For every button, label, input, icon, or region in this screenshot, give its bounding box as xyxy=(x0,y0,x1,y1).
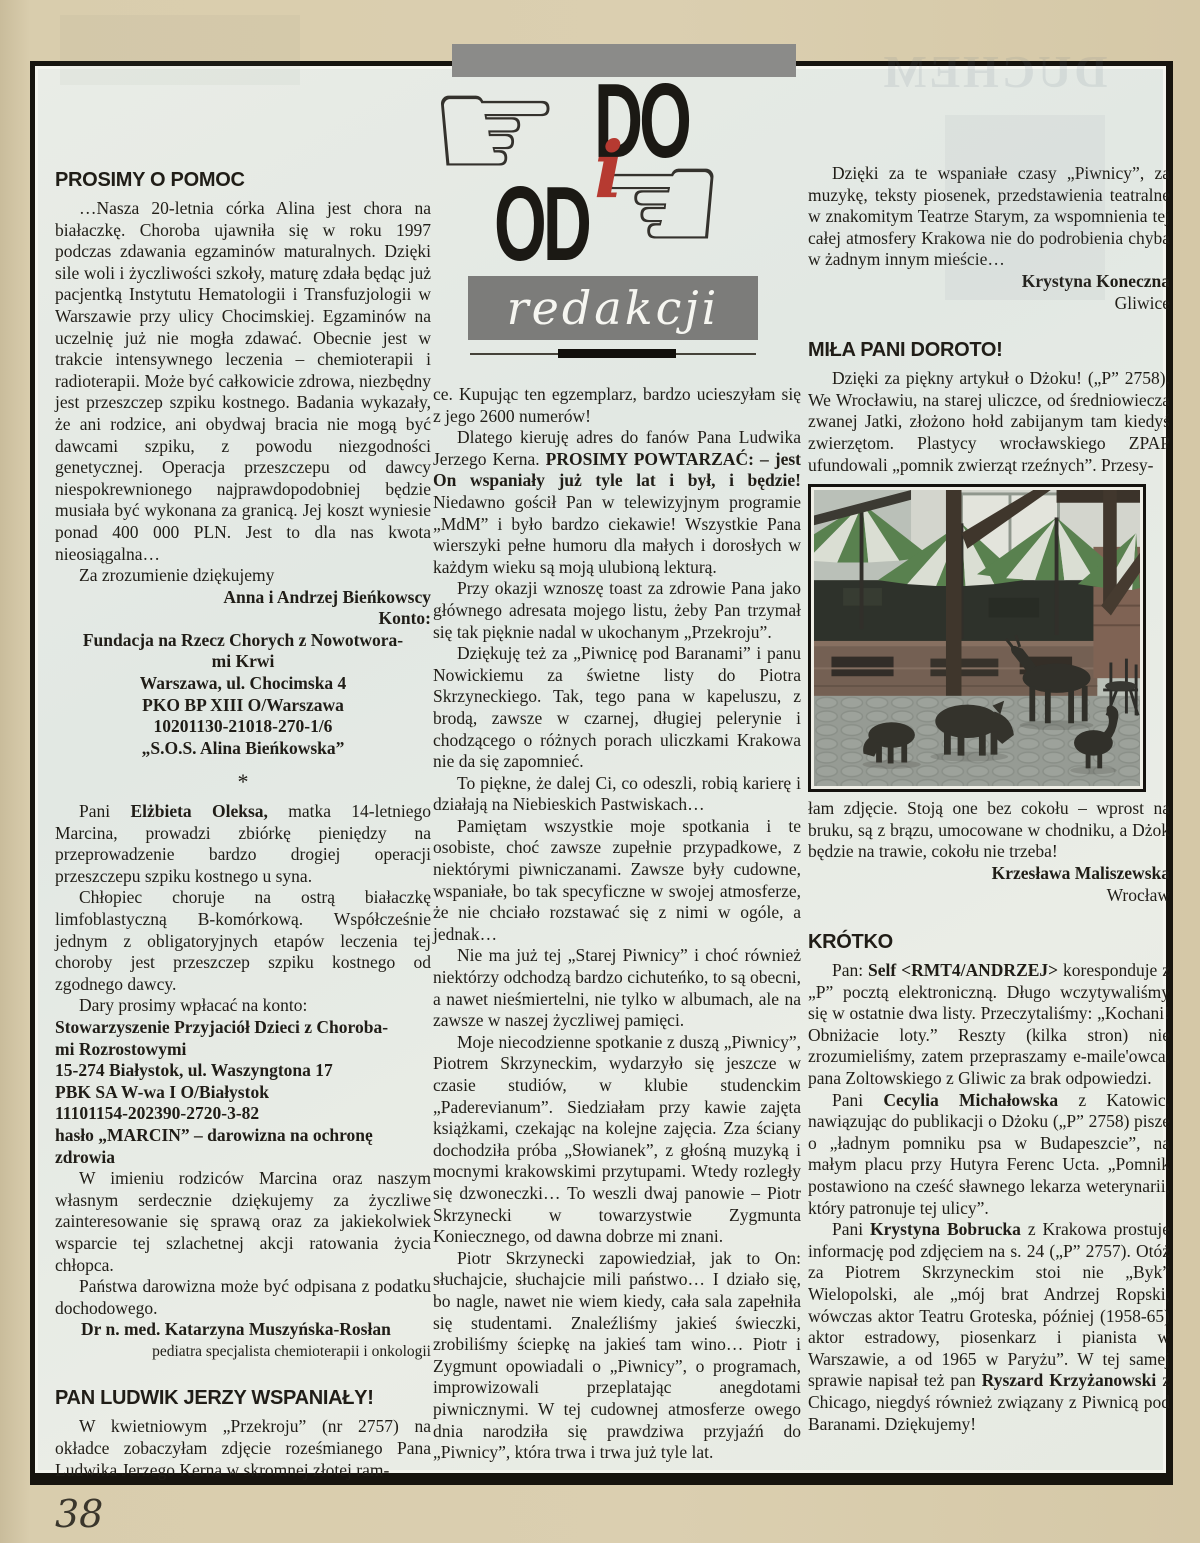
paragraph: W kwietniowym „Przekroju” (nr 2757) na o… xyxy=(55,1416,431,1481)
section-heading-prosimy-o-pomoc: PROSIMY O POMOC xyxy=(55,169,431,191)
paragraph: …Nasza 20-letnia córka Alina jest chora … xyxy=(55,198,431,565)
column-left: PROSIMY O POMOC …Nasza 20-letnia córka A… xyxy=(55,169,431,1481)
paragraph: Dzięki za piękny artykuł o Dżoku! („P” 2… xyxy=(808,368,1170,476)
column-right: Dzięki za te wspaniałe czasy „Piwnicy”, … xyxy=(808,163,1170,1435)
paragraph: Pani Krystyna Bobrucka z Krakowa prostuj… xyxy=(808,1219,1170,1435)
section-heading-krotko: KRÓTKO xyxy=(808,931,1170,953)
signature-koneczna: Krystyna Koneczna xyxy=(808,271,1170,293)
donation-account-stowarzyszenie: Stowarzyszenie Przyjaciół Dzieci z Choro… xyxy=(55,1017,431,1168)
paragraph: Piotr Skrzynecki zapowiedział, jak to On… xyxy=(433,1248,801,1464)
page-number: 38 xyxy=(55,1492,103,1536)
signature-bienkowscy: Anna i Andrzej Bieńkowscy Konto: xyxy=(55,587,431,630)
paragraph: Pamiętam wszystkie moje spotkania i te o… xyxy=(433,816,801,946)
paragraph: Moje niecodzienne spotkanie z duszą „Piw… xyxy=(433,1032,801,1248)
paragraph: Nie ma już tej „Starej Piwnicy” i choć r… xyxy=(433,945,801,1031)
asterisk-separator: * xyxy=(55,771,431,793)
signature-doctor: Dr n. med. Katarzyna Muszyńska-Rosłan xyxy=(55,1319,431,1341)
paragraph: ce. Kupując ten egzemplarz, bardzo ucies… xyxy=(433,384,801,427)
paragraph: Przy okazji wznoszę toast za zdrowie Pan… xyxy=(433,578,801,643)
paragraph: W imieniu rodziców Marcina oraz naszym w… xyxy=(55,1168,431,1276)
section-heading-pan-ludwik: PAN LUDWIK JERZY WSPANIAŁY! xyxy=(55,1387,431,1409)
donation-account-fundacja: Fundacja na Rzecz Chorych z Nowotwora- m… xyxy=(55,630,431,760)
paragraph: To piękne, że dalej Ci, co odeszli, robi… xyxy=(433,773,801,816)
paragraph: Chłopiec choruje na ostrą białaczkę limf… xyxy=(55,887,431,995)
photo-animal-monument xyxy=(808,484,1146,792)
photo-illustration xyxy=(814,490,1140,786)
signature-maliszewska: Krzesława Maliszewska xyxy=(808,863,1170,885)
masthead-word-od: OD xyxy=(494,183,588,266)
paragraph: łam zdjęcie. Stoją one bez cokołu – wpro… xyxy=(808,798,1170,863)
paragraph: Dlatego kieruję adres do fanów Pana Ludw… xyxy=(433,427,801,578)
paragraph: Dary prosimy wpłacać na konto: xyxy=(55,995,431,1017)
paragraph: Pani Elżbieta Oleksa, matka 14-letniego … xyxy=(55,801,431,887)
masthead-divider-thick-segment xyxy=(558,349,676,358)
scanned-magazine-page: { "page_number": "38", "masthead": { "wo… xyxy=(0,0,1200,1543)
paragraph: Dziękuję też za „Piwnicę pod Baranami” i… xyxy=(433,643,801,773)
signature-doctor-title: pediatra specjalista chemioterapii i onk… xyxy=(55,1341,431,1363)
signature-city-wroclaw: Wrocław xyxy=(808,885,1170,907)
paragraph: Pan: Self <RMT4/ANDRZEJ> koresponduje z … xyxy=(808,960,1170,1090)
signature-city-gliwice: Gliwice xyxy=(808,293,1170,315)
paragraph: Państwa darowizna może być odpisana z po… xyxy=(55,1276,431,1319)
paragraph: Dzięki za te wspaniałe czasy „Piwnicy”, … xyxy=(808,163,1170,271)
column-middle: ce. Kupując ten egzemplarz, bardzo ucies… xyxy=(433,384,801,1464)
section-heading-mila-pani-doroto: MIŁA PANI DOROTO! xyxy=(808,339,1170,361)
paragraph: Pani Cecylia Michałowska z Katowic, nawi… xyxy=(808,1090,1170,1220)
masthead-word-i: i xyxy=(594,132,624,210)
paragraph: Za zrozumienie dziękujemy xyxy=(55,565,431,587)
